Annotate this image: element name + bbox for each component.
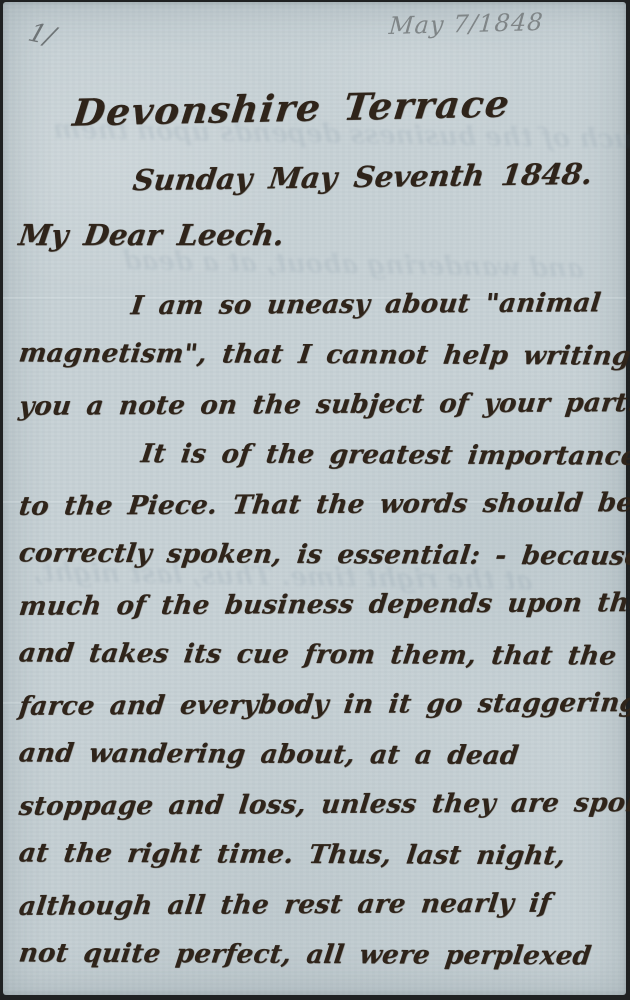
letter-line: you a note on the subject of your part. [16,378,619,432]
letter-body: I am so uneasy about "animal magnetism",… [19,280,616,980]
pencil-date-annotation: May 7/1848 [388,8,545,40]
letter-line: much of the business depends upon them [16,578,619,632]
letter-line: at the right time. Thus, last night, [16,828,619,881]
letter-line: stoppage and loss, unless they are spoke… [16,778,619,832]
letter-line: and wandering about, at a dead [16,728,619,781]
letter-line: although all the rest are nearly if [16,878,619,932]
letter-salutation: My Dear Leech. [17,218,287,252]
letter-line: and takes its cue from them, that the [16,628,619,681]
scanned-letter-page: much of the business depends upon them a… [0,0,630,1000]
letter-dateline: Sunday May Seventh 1848. [131,157,594,197]
letter-line: It is of the greatest importance [16,428,619,481]
letter-line: not quite perfect, all were perplexed [16,928,619,981]
letter-line: farce and everybody in it go staggering [16,678,619,732]
letter-paper: much of the business depends upon them a… [3,2,626,995]
letter-line: to the Piece. That the words should be [16,478,619,532]
letter-heading-address: Devonshire Terrace [70,81,512,134]
letter-line: correctly spoken, is essential: - becaus… [16,528,619,581]
letter-line: I am so uneasy about "animal [16,278,619,332]
pencil-page-number: 1/ [25,18,59,52]
letter-line: magnetism", that I cannot help writing [16,328,619,381]
